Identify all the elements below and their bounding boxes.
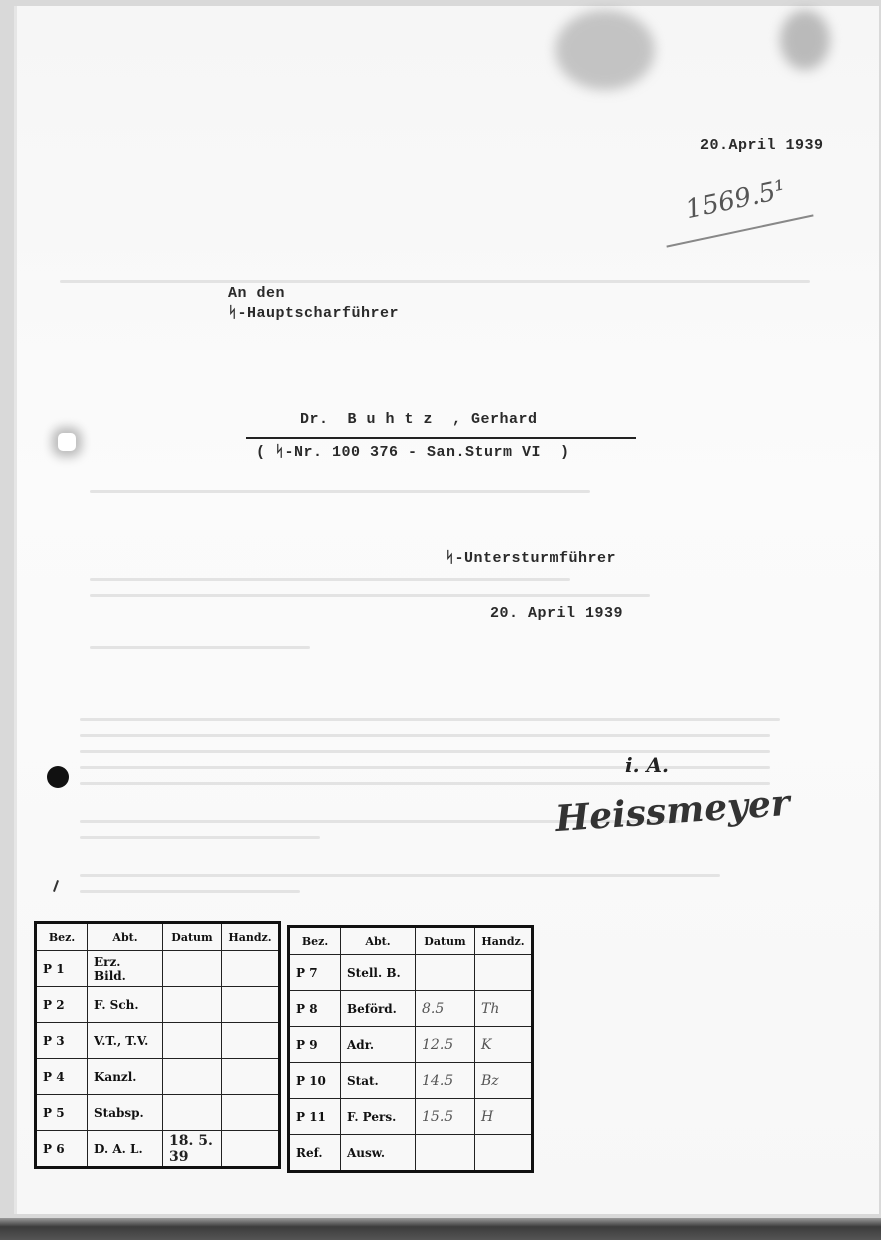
person-name: Dr. B u h t z , Gerhard	[300, 411, 538, 428]
cell-bez: P 5	[36, 1095, 88, 1131]
cell-handz: Th	[475, 991, 533, 1027]
cell-abt: Erz. Bild.	[88, 951, 163, 987]
bleed-through	[90, 594, 650, 597]
header-datum: Datum	[163, 923, 222, 951]
cell-handz	[475, 1135, 533, 1172]
bleed-through	[80, 734, 770, 737]
bleed-through	[80, 836, 320, 839]
table-header-row: Bez. Abt. Datum Handz.	[36, 923, 280, 951]
cell-handz	[222, 951, 280, 987]
bleed-through	[80, 874, 720, 877]
cell-bez: P 3	[36, 1023, 88, 1059]
bleed-through	[90, 646, 310, 649]
bleed-through	[90, 578, 570, 581]
cell-handz: H	[475, 1099, 533, 1135]
cell-datum	[163, 951, 222, 987]
cell-abt: Stabsp.	[88, 1095, 163, 1131]
cell-bez: P 9	[289, 1027, 341, 1063]
cell-abt: Beförd.	[341, 991, 416, 1027]
cell-abt: F. Pers.	[341, 1099, 416, 1135]
cell-bez: P 10	[289, 1063, 341, 1099]
cell-bez: P 11	[289, 1099, 341, 1135]
table-row: P 8 Beförd. 8.5 Th	[289, 991, 533, 1027]
header-abt: Abt.	[88, 923, 163, 951]
cell-datum	[416, 955, 475, 991]
cell-bez: P 2	[36, 987, 88, 1023]
table-header-row: Bez. Abt. Datum Handz.	[289, 927, 533, 955]
cell-abt: Kanzl.	[88, 1059, 163, 1095]
table-row: P 2 F. Sch.	[36, 987, 280, 1023]
cell-bez: P 4	[36, 1059, 88, 1095]
cell-abt: D. A. L.	[88, 1131, 163, 1168]
bleed-through	[60, 280, 810, 283]
bleed-through	[80, 782, 770, 785]
routing-table-right: Bez. Abt. Datum Handz. P 7 Stell. B. P 8…	[287, 925, 534, 1173]
cell-abt: Ausw.	[341, 1135, 416, 1172]
table-row: P 10 Stat. 14.5 Bz	[289, 1063, 533, 1099]
recipient-line-1: An den	[228, 285, 285, 302]
cell-datum	[163, 1059, 222, 1095]
cell-datum	[416, 1135, 475, 1172]
header-handz: Handz.	[475, 927, 533, 955]
stain-top	[555, 10, 655, 90]
signature-prefix: i. A.	[625, 753, 669, 777]
punch-hole	[58, 433, 76, 451]
cell-bez: P 8	[289, 991, 341, 1027]
cell-handz	[222, 1023, 280, 1059]
table-row: P 4 Kanzl.	[36, 1059, 280, 1095]
cell-handz: K	[475, 1027, 533, 1063]
cell-abt: Adr.	[341, 1027, 416, 1063]
cell-abt: V.T., T.V.	[88, 1023, 163, 1059]
cell-datum	[163, 987, 222, 1023]
cell-handz	[222, 1059, 280, 1095]
header-date: 20.April 1939	[700, 137, 824, 154]
cell-bez: P 1	[36, 951, 88, 987]
cell-datum: 12.5	[416, 1027, 475, 1063]
cell-datum: 8.5	[416, 991, 475, 1027]
cell-handz: Bz	[475, 1063, 533, 1099]
table-row: P 7 Stell. B.	[289, 955, 533, 991]
table-row: P 11 F. Pers. 15.5 H	[289, 1099, 533, 1135]
cell-datum: 15.5	[416, 1099, 475, 1135]
recipient-line-2: ᛋ-Hauptscharführer	[228, 305, 399, 322]
ink-dot	[47, 766, 69, 788]
person-id: ( ᛋ-Nr. 100 376 - San.Sturm VI )	[256, 444, 570, 461]
cell-handz	[222, 1095, 280, 1131]
bleed-through	[80, 890, 300, 893]
routing-table-left: Bez. Abt. Datum Handz. P 1 Erz. Bild. P …	[34, 921, 281, 1169]
cell-abt: Stat.	[341, 1063, 416, 1099]
cell-abt: Stell. B.	[341, 955, 416, 991]
header-handz: Handz.	[222, 923, 280, 951]
cell-bez: P 7	[289, 955, 341, 991]
cell-datum-stamp: 18. 5. 39	[163, 1131, 222, 1168]
name-underline	[246, 437, 636, 439]
header-abt: Abt.	[341, 927, 416, 955]
header-datum: Datum	[416, 927, 475, 955]
table-row: P 5 Stabsp.	[36, 1095, 280, 1131]
rank: ᛋ-Untersturmführer	[445, 550, 616, 567]
table-row: P 3 V.T., T.V.	[36, 1023, 280, 1059]
cell-bez: P 6	[36, 1131, 88, 1168]
cell-datum	[163, 1095, 222, 1131]
header-bez: Bez.	[36, 923, 88, 951]
scan-bottom-edge	[0, 1218, 881, 1240]
effective-date: 20. April 1939	[490, 605, 623, 622]
cell-handz	[222, 1131, 280, 1168]
table-row: P 9 Adr. 12.5 K	[289, 1027, 533, 1063]
table-row: P 1 Erz. Bild.	[36, 951, 280, 987]
bleed-through	[90, 490, 590, 493]
cell-datum	[163, 1023, 222, 1059]
cell-handz	[475, 955, 533, 991]
cell-abt: F. Sch.	[88, 987, 163, 1023]
bleed-through	[80, 718, 780, 721]
table-row: P 6 D. A. L. 18. 5. 39	[36, 1131, 280, 1168]
cell-handz	[222, 987, 280, 1023]
header-bez: Bez.	[289, 927, 341, 955]
cell-datum: 14.5	[416, 1063, 475, 1099]
stain-top-right	[780, 10, 830, 70]
cell-bez: Ref.	[289, 1135, 341, 1172]
table-row: Ref. Ausw.	[289, 1135, 533, 1172]
